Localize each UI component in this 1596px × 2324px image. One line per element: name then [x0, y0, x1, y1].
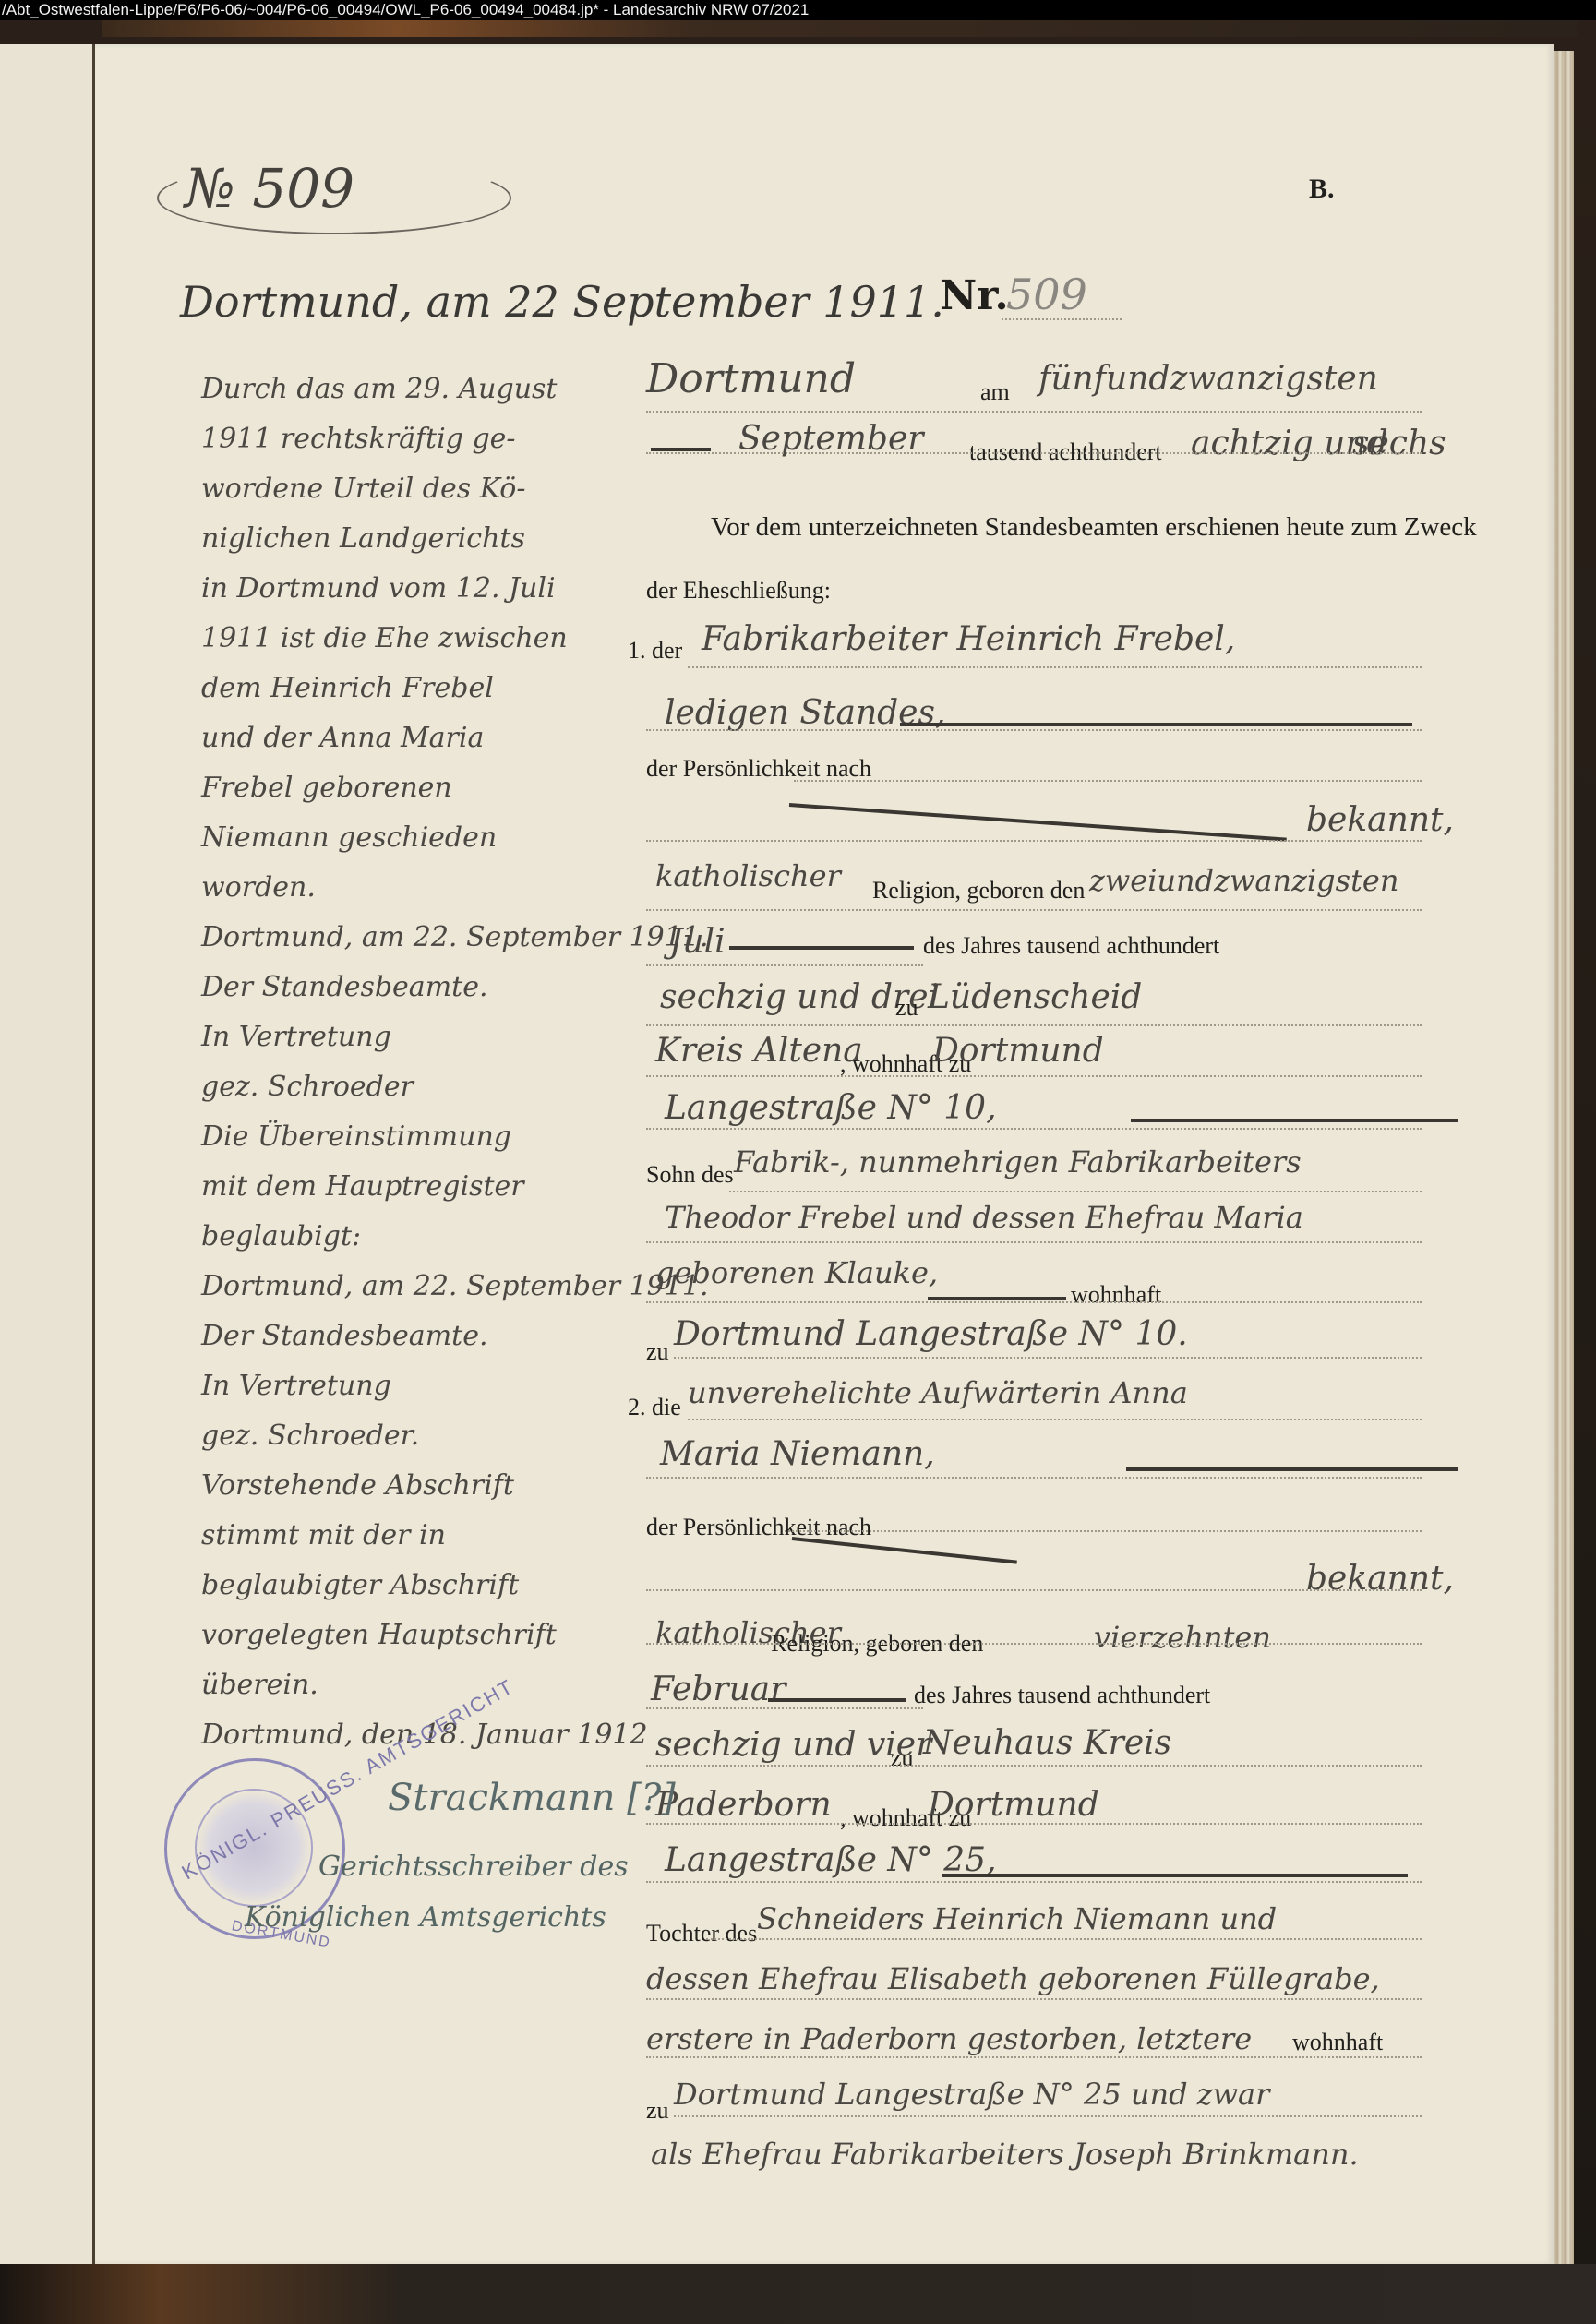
margin-line: Frebel geborenen — [201, 763, 635, 813]
bride-label: 2. die — [628, 1394, 681, 1421]
fill-stroke — [1131, 1119, 1458, 1122]
clerk-title-1: Gerichtsschreiber des — [318, 1851, 629, 1883]
dotted-line — [646, 2056, 1422, 2058]
bride-known: bekannt, — [1306, 1560, 1454, 1598]
fill-stroke — [942, 1874, 1408, 1877]
margin-line: Die Übereinstimmung — [201, 1112, 635, 1162]
form-letter: B. — [1309, 174, 1335, 205]
bride-year-label: des Jahres tausend achthundert — [914, 1682, 1210, 1709]
bride-parents-residence-label: wohnhaft — [1292, 2029, 1383, 2056]
bride-parents-zu: zu — [646, 2097, 669, 2125]
margin-line: 1911 rechtskräftig ge- — [201, 414, 635, 464]
dotted-line — [688, 1419, 1422, 1420]
groom-parents: Theodor Frebel und dessen Ehefrau Maria — [665, 1200, 1303, 1235]
margin-line: beglaubigt: — [201, 1212, 635, 1262]
dotted-line — [646, 964, 923, 966]
clerk-title-2: Königlichen Amtsgerichts — [245, 1901, 606, 1934]
groom-label: 1. der — [628, 637, 682, 665]
dotted-line — [646, 840, 1422, 842]
fill-stroke — [900, 723, 1412, 726]
margin-line: vorgelegten Hauptschrift — [201, 1611, 635, 1660]
bride-zu-label: zu — [891, 1744, 914, 1772]
dotted-line — [646, 729, 1422, 731]
dotted-line — [646, 1998, 1422, 2000]
margin-place-date: Dortmund, am 22 September 1911. — [180, 277, 944, 327]
previous-page-strip — [0, 44, 92, 2264]
groom-father-occupation: Fabrik-, nunmehrigen Fabrikarbeiters — [734, 1144, 1302, 1180]
dotted-line — [646, 1024, 1422, 1026]
dotted-line — [646, 1707, 923, 1709]
dotted-line — [646, 1589, 1422, 1591]
fill-stroke — [768, 1698, 906, 1702]
bride-occupation-name: unverehelichte Aufwärterin Anna — [688, 1375, 1188, 1410]
bride-birth-place: Neuhaus Kreis — [923, 1724, 1171, 1762]
dotted-line — [646, 1301, 1422, 1303]
book-leather-edge — [102, 20, 1578, 37]
groom-religion: katholischer — [655, 858, 841, 893]
dotted-line — [785, 1530, 1422, 1532]
margin-line: In Vertretung — [201, 1012, 635, 1062]
margin-line: wordene Urteil des Kö- — [201, 464, 635, 514]
fill-stroke — [729, 946, 914, 950]
nr-label: Nr. — [940, 272, 1009, 319]
bride-father: Schneiders Heinrich Niemann und — [757, 1901, 1277, 1936]
groom-birth-place: Lüdenscheid — [928, 978, 1142, 1016]
marriage-day: fünfundzwanzigsten — [1038, 360, 1378, 398]
bride-birth-day: vierzehnten — [1094, 1620, 1271, 1655]
margin-line: Durch das am 29. August — [201, 365, 635, 414]
margin-line: überein. — [201, 1660, 635, 1710]
groom-address: Langestraße N° 10, — [665, 1089, 997, 1127]
bride-parents-residence: Dortmund Langestraße N° 25 und zwar — [674, 2077, 1269, 2112]
dotted-line — [646, 909, 1422, 911]
groom-zu-label: zu — [895, 994, 918, 1022]
nr-dotted-line — [1002, 318, 1122, 320]
clerk-signature: Strackmann [?] — [388, 1777, 676, 1819]
margin-line: und der Anna Maria — [201, 713, 635, 763]
groom-known: bekannt, — [1306, 801, 1454, 839]
bride-name: Maria Niemann, — [660, 1435, 935, 1473]
fill-stroke — [928, 1297, 1066, 1300]
marriage-year-unit: sechs — [1352, 425, 1446, 462]
nr-value: 509 — [1006, 270, 1087, 319]
groom-residence: Dortmund — [932, 1032, 1104, 1070]
groom-occupation-name: Fabrikarbeiter Heinrich Frebel, — [702, 620, 1235, 658]
dotted-line — [674, 2115, 1422, 2117]
margin-line: Der Standesbeamte. — [201, 1312, 635, 1361]
margin-line: gez. Schroeder. — [201, 1411, 635, 1461]
son-label: Sohn des — [646, 1161, 734, 1189]
dotted-line — [646, 452, 1422, 454]
groom-birth-district: Kreis Altena — [655, 1032, 863, 1070]
groom-year-label: des Jahres tausend achthundert — [923, 932, 1219, 960]
margin-line: gez. Schroeder — [201, 1062, 635, 1112]
groom-religion-label: Religion, geboren den — [872, 877, 1085, 904]
book-cover-bottom — [0, 2264, 1596, 2324]
dotted-line — [674, 1357, 1422, 1359]
margin-line: dem Heinrich Frebel — [201, 664, 635, 713]
margin-line: Dortmund, am 22. September 1911. — [201, 1262, 635, 1312]
margin-divorce-note: Durch das am 29. August 1911 rechtskräft… — [201, 365, 635, 1760]
margin-line: beglaubigter Abschrift — [201, 1561, 635, 1611]
margin-line: in Dortmund vom 12. Juli — [201, 564, 635, 614]
archive-path-banner: /Abt_Ostwestfalen-Lippe/P6/P6-06/~004/P6… — [0, 0, 1596, 20]
dotted-line — [646, 411, 1422, 413]
dotted-line — [646, 1881, 1422, 1883]
bride-mother: dessen Ehefrau Elisabeth geborenen Fülle… — [646, 1961, 1380, 1996]
margin-line: stimmt mit der in — [201, 1511, 635, 1561]
bride-mother-remarriage: als Ehefrau Fabrikarbeiters Joseph Brink… — [651, 2137, 1359, 2172]
bride-birth-month: Februar — [651, 1671, 786, 1708]
daughter-label: Tochter des — [646, 1920, 757, 1947]
bride-birth-district: Paderborn — [655, 1786, 832, 1824]
dotted-line — [729, 1191, 1422, 1192]
margin-line: mit dem Hauptregister — [201, 1162, 635, 1212]
dotted-line — [646, 1075, 1422, 1077]
groom-parents-residence-label: wohnhaft — [1071, 1281, 1161, 1309]
margin-line: Der Standesbeamte. — [201, 963, 635, 1012]
register-number: № 509 — [185, 157, 354, 220]
margin-line: worden. — [201, 863, 635, 913]
dotted-line — [646, 1643, 1422, 1645]
fill-stroke — [1126, 1467, 1458, 1471]
dotted-line — [646, 1128, 1422, 1130]
label-am: am — [980, 378, 1010, 406]
dotted-line — [646, 1241, 1422, 1243]
margin-line: Dortmund, am 22. September 1911. — [201, 913, 635, 963]
dotted-line — [794, 780, 1422, 782]
margin-line: Vorstehende Abschrift — [201, 1461, 635, 1511]
bride-residence: Dortmund — [928, 1786, 1099, 1824]
bride-parents-note: erstere in Paderborn gestorben, letztere — [646, 2021, 1252, 2056]
intro-text: Vor dem unterzeichneten Standesbeamten e… — [711, 512, 1477, 543]
margin-line: In Vertretung — [201, 1361, 635, 1411]
fill-stroke — [651, 448, 711, 451]
groom-parents-zu: zu — [646, 1338, 669, 1366]
dotted-line — [688, 666, 1422, 668]
dotted-line — [646, 1765, 1422, 1767]
groom-birth-day: zweiundzwanzigsten — [1089, 863, 1398, 898]
margin-line: Niemann geschieden — [201, 813, 635, 863]
marriage-place: Dortmund — [646, 355, 856, 402]
margin-line: niglichen Landgerichts — [201, 514, 635, 564]
groom-parents-residence: Dortmund Langestraße N° 10. — [674, 1315, 1188, 1353]
dotted-line — [646, 1823, 1422, 1825]
margin-line: 1911 ist die Ehe zwischen — [201, 614, 635, 664]
groom-personality-label: der Persönlichkeit nach — [646, 755, 871, 783]
dotted-line — [706, 1938, 1422, 1940]
intro-text-2: der Eheschließung: — [646, 577, 831, 605]
bride-personality-label: der Persönlichkeit nach — [646, 1514, 871, 1541]
dotted-line — [646, 1477, 1422, 1479]
